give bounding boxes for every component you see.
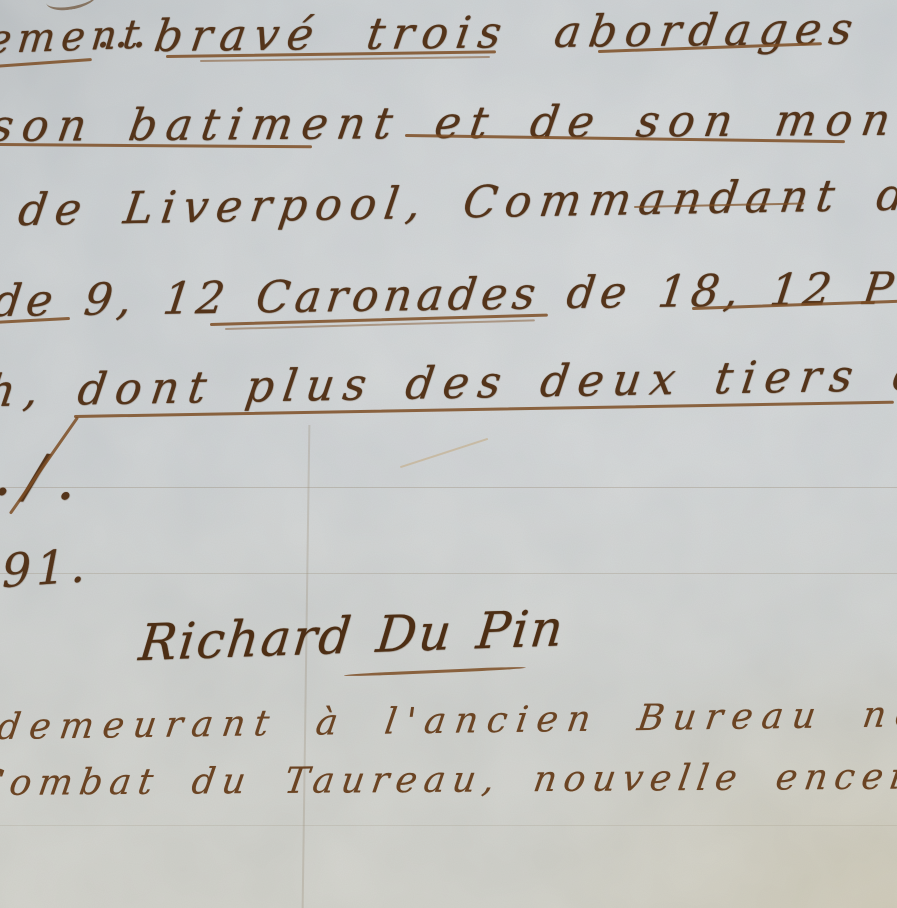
paper-laid-line	[0, 825, 897, 826]
paper-laid-line	[0, 487, 897, 488]
paper-laid-line	[0, 573, 897, 574]
ellipsis-mark: ...	[96, 11, 150, 55]
year-fragment: 91.	[2, 542, 90, 594]
paraph-mark: ./.	[0, 444, 90, 510]
manuscript-line-combat: Combat du Taureau, nouvelle enceinte	[0, 759, 897, 802]
signature-richard-du-pin: Richard Du Pin	[137, 603, 568, 668]
manuscript-line-brave: bravé trois abordages	[151, 8, 863, 59]
manuscript-photograph: ement ... bravé trois abordages son bati…	[0, 0, 897, 908]
